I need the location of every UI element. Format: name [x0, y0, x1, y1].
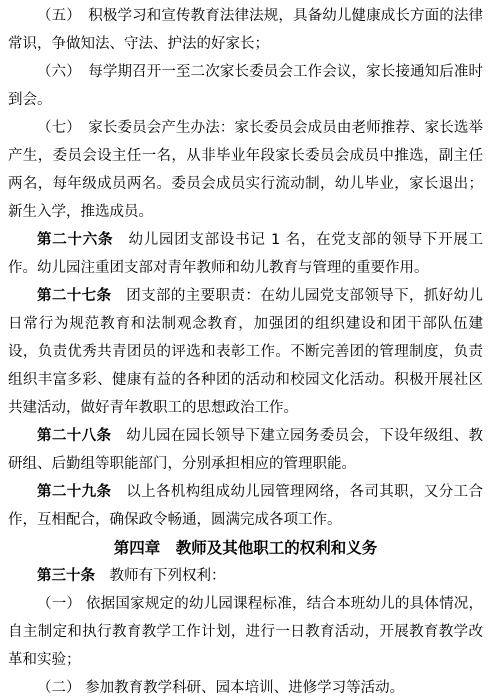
- article-number: 第二十六条: [37, 232, 113, 248]
- article-number: 第三十条: [37, 568, 95, 584]
- paragraph-text: （六） 每学期召开一至二次家长委员会工作会议，家长接通知后准时到会。: [8, 64, 483, 108]
- document-page: （五） 积极学习和宣传教育法律法规，具备幼儿健康成长方面的法律常识，争做知法、守…: [0, 0, 491, 700]
- paragraph-text: 教师有下列权利：: [95, 568, 226, 584]
- paragraph: 第二十七条 团支部的主要职责：在幼儿园党支部领导下，抓好幼儿日常行为规范教育和法…: [8, 282, 483, 422]
- paragraph: （二） 参加教育教学科研、园本培训、进修学习等活动。: [8, 674, 483, 700]
- paragraph: （七） 家长委员会产生办法：家长委员会成员由老师推荐、家长选举产生，委员会设主任…: [8, 114, 483, 226]
- paragraph-text: （七） 家长委员会产生办法：家长委员会成员由老师推荐、家长选举产生，委员会设主任…: [8, 120, 483, 220]
- chapter-heading: 第四章 教师及其他职工的权利和义务: [8, 534, 483, 562]
- article-number: 第二十八条: [37, 428, 111, 444]
- article-number: 第二十九条: [37, 484, 111, 500]
- paragraph-text: 第四章 教师及其他职工的权利和义务: [114, 539, 378, 557]
- paragraph: 第二十八条 幼儿园在园长领导下建立园务委员会，下设年级组、教研组、后勤组等职能部…: [8, 422, 483, 478]
- paragraph-text: （五） 积极学习和宣传教育法律法规，具备幼儿健康成长方面的法律常识，争做知法、守…: [8, 8, 483, 52]
- paragraph: （五） 积极学习和宣传教育法律法规，具备幼儿健康成长方面的法律常识，争做知法、守…: [8, 2, 483, 58]
- paragraph: （六） 每学期召开一至二次家长委员会工作会议，家长接通知后准时到会。: [8, 58, 483, 114]
- article-number: 第二十七条: [37, 288, 111, 304]
- paragraph-text: （二） 参加教育教学科研、园本培训、进修学习等活动。: [37, 680, 404, 696]
- paragraph: 第二十九条 以上各机构组成幼儿园管理网络，各司其职，又分工合作，互相配合，确保政…: [8, 478, 483, 534]
- paragraph-text: 团支部的主要职责：在幼儿园党支部领导下，抓好幼儿日常行为规范教育和法制观念教育，…: [8, 288, 483, 416]
- paragraph: 第三十条 教师有下列权利：: [8, 562, 483, 590]
- paragraph: （一） 依据国家规定的幼儿园课程标准，结合本班幼儿的具体情况，自主制定和执行教育…: [8, 590, 483, 674]
- paragraph-text: （一） 依据国家规定的幼儿园课程标准，结合本班幼儿的具体情况，自主制定和执行教育…: [8, 596, 483, 668]
- paragraph: 第二十六条 幼儿园团支部设书记 1 名，在党支部的领导下开展工作。幼儿园注重团支…: [8, 226, 483, 282]
